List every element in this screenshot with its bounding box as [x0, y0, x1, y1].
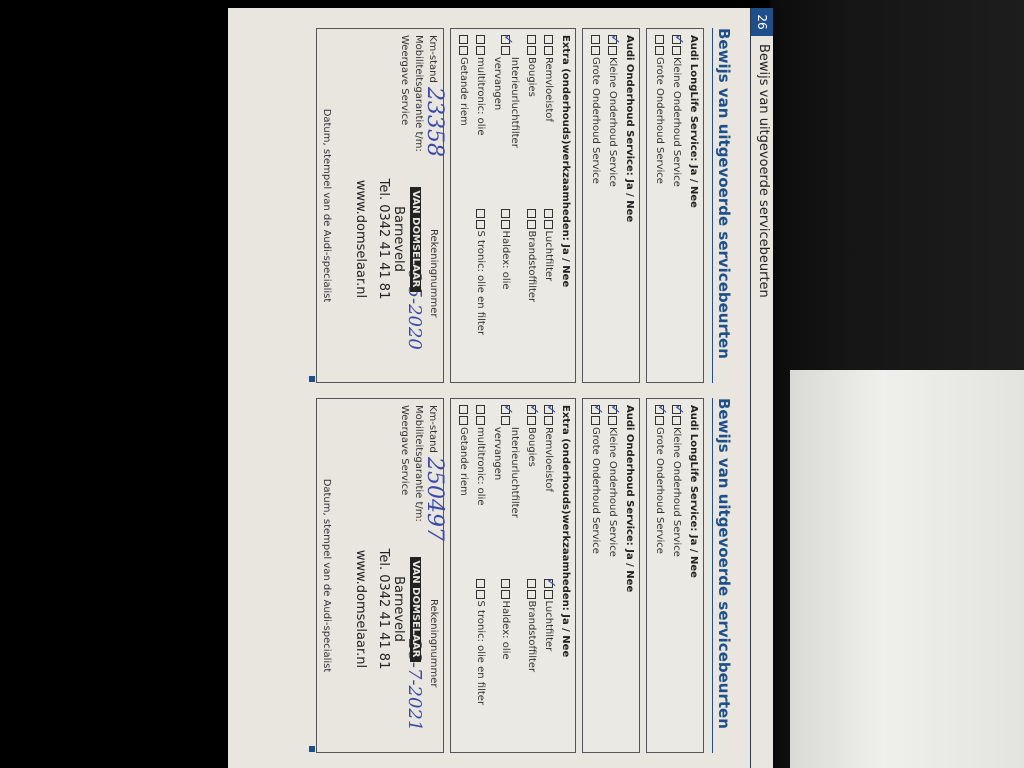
checkbox[interactable]: [459, 46, 468, 55]
card-title: Bewijs van uitgevoerde servicebeurten: [712, 398, 733, 753]
checklist-item: Remvloeistof: [540, 405, 557, 573]
checkbox[interactable]: [672, 405, 681, 414]
checkbox[interactable]: [476, 46, 485, 55]
checklist-item: Bougies: [523, 405, 540, 573]
checkbox[interactable]: [591, 416, 600, 425]
longlife-section: Audi LongLife Service: Ja / Nee Kleine O…: [646, 28, 704, 383]
checkbox[interactable]: [502, 416, 511, 425]
checkbox[interactable]: [527, 220, 536, 229]
checkbox[interactable]: [591, 46, 600, 55]
checklist-item: Grote Onderhoud Service: [651, 35, 668, 376]
km-value-handwritten: 23358: [422, 87, 447, 157]
checklist-item-label: Brandstoffilter: [523, 601, 540, 673]
checklist-item-label: Bougies: [523, 427, 540, 467]
signature-label: Datum, stempel van de Audi-specialist: [321, 399, 332, 752]
dealer-stamp: VAN DOMSELAAR Barneveld Tel. 0342 41 41 …: [353, 529, 421, 689]
checklist-item: Haldex: olie: [489, 209, 523, 377]
checklist-item: Luchtfilter: [540, 209, 557, 377]
section-heading: Extra (onderhouds)werkzaamheden: Ja / Ne…: [560, 35, 571, 376]
checkbox[interactable]: [591, 405, 600, 414]
card-title: Bewijs van uitgevoerde servicebeurten: [712, 28, 733, 383]
checklist-item: Haldex: olie: [489, 579, 523, 747]
service-record-card: Bewijs van uitgevoerde servicebeurten Au…: [253, 28, 733, 383]
section-heading: Audi LongLife Service: Ja / Nee: [688, 35, 699, 376]
checkbox[interactable]: [655, 405, 664, 414]
checklist-item-label: Remvloeistof: [540, 57, 557, 122]
checkbox[interactable]: [655, 35, 664, 44]
background-left: [0, 0, 228, 768]
checkbox[interactable]: [527, 405, 536, 414]
stamp-phone: Tel. 0342 41 41 81: [376, 529, 391, 689]
checkbox[interactable]: [502, 405, 511, 414]
checklist-item: Remvloeistof: [540, 35, 557, 203]
checkbox[interactable]: [655, 46, 664, 55]
checkbox[interactable]: [502, 220, 511, 229]
checkbox[interactable]: [527, 209, 536, 218]
checkbox[interactable]: [476, 209, 485, 218]
checkbox[interactable]: [608, 405, 617, 414]
checklist-item-label: Getande riem: [455, 427, 472, 496]
end-marker-icon: [309, 376, 315, 382]
stamp-city: Barneveld: [391, 529, 406, 689]
checklist-item: Interieurluchtfilter vervangen: [489, 35, 523, 203]
checkbox[interactable]: [608, 35, 617, 44]
checkbox[interactable]: [591, 35, 600, 44]
checkbox[interactable]: [459, 35, 468, 44]
section-heading: Audi Onderhoud Service: Ja / Nee: [624, 35, 635, 376]
checklist-item-label: Luchtfilter: [540, 601, 557, 652]
checkbox[interactable]: [655, 416, 664, 425]
checklist-item: Interieurluchtfilter vervangen: [489, 405, 523, 573]
checklist-item: Luchtfilter: [540, 579, 557, 747]
page-number: 26: [751, 8, 773, 36]
checklist-item-label: Remvloeistof: [540, 427, 557, 492]
checklist-item-label: Grote Onderhoud Service: [587, 57, 604, 184]
checkbox[interactable]: [527, 416, 536, 425]
checklist-item: Brandstoffilter: [523, 209, 540, 377]
checkbox[interactable]: [459, 416, 468, 425]
checklist-item-label: Interieurluchtfilter vervangen: [489, 427, 523, 573]
mileage-stamp-section: Km-stand 250497 Rekeningnummer Mobilitei…: [316, 398, 444, 753]
checklist-item: multitronic: olie: [472, 405, 489, 573]
checkbox[interactable]: [527, 579, 536, 588]
checklist-item-label: Luchtfilter: [540, 231, 557, 282]
checklist-item-label: S tronic: olie en filter: [472, 601, 489, 706]
checkbox[interactable]: [672, 416, 681, 425]
mileage-stamp-section: Km-stand 23358 Rekeningnummer Mobiliteit…: [316, 28, 444, 383]
checklist-item: Grote Onderhoud Service: [587, 35, 604, 376]
checkbox[interactable]: [502, 209, 511, 218]
checklist-item-label: Grote Onderhoud Service: [587, 427, 604, 554]
extra-section: Extra (onderhouds)werkzaamheden: Ja / Ne…: [450, 28, 576, 383]
checkbox[interactable]: [527, 35, 536, 44]
section-heading: Audi LongLife Service: Ja / Nee: [688, 405, 699, 746]
stamp-website: www.domselaar.nl: [353, 529, 368, 689]
checkbox[interactable]: [544, 46, 553, 55]
checkbox[interactable]: [502, 590, 511, 599]
onderhoud-section: Audi Onderhoud Service: Ja / Nee Kleine …: [582, 398, 640, 753]
section-heading: Audi Onderhoud Service: Ja / Nee: [624, 405, 635, 746]
rekeningnummer-label: Rekeningnummer: [428, 599, 439, 687]
checklist-item: Getande riem: [455, 35, 472, 203]
end-marker-icon: [309, 746, 315, 752]
dealer-stamp: VAN DOMSELAAR Barneveld Tel. 0342 41 41 …: [353, 159, 421, 319]
checkbox[interactable]: [544, 220, 553, 229]
checklist-item-label: Interieurluchtfilter vervangen: [489, 57, 523, 203]
checklist-item-label: Haldex: olie: [498, 231, 515, 290]
checklist-item: multitronic: olie: [472, 35, 489, 203]
checklist-item: Kleine Onderhoud Service: [604, 405, 621, 746]
header-divider: [750, 8, 751, 768]
stamp-dealer-name: VAN DOMSELAAR: [410, 187, 421, 292]
checklist-item: Grote Onderhoud Service: [651, 405, 668, 746]
stamp-website: www.domselaar.nl: [353, 159, 368, 319]
checkbox[interactable]: [544, 590, 553, 599]
checkbox[interactable]: [476, 579, 485, 588]
checkbox[interactable]: [544, 579, 553, 588]
checkbox[interactable]: [502, 35, 511, 44]
checklist-item-label: Haldex: olie: [498, 601, 515, 660]
checkbox[interactable]: [502, 579, 511, 588]
checklist-item: Grote Onderhoud Service: [587, 405, 604, 746]
checkbox[interactable]: [476, 405, 485, 414]
running-head: Bewijs van uitgevoerde servicebeurten: [756, 44, 771, 298]
checklist-item-label: Kleine Onderhoud Service: [604, 57, 621, 187]
background-surface: [790, 370, 1024, 768]
checklist-item-label: Bougies: [523, 57, 540, 97]
checklist-item: Bougies: [523, 35, 540, 203]
rekeningnummer-label: Rekeningnummer: [428, 229, 439, 317]
checklist-item-label: Grote Onderhoud Service: [651, 427, 668, 554]
checklist-item-label: Grote Onderhoud Service: [651, 57, 668, 184]
stamp-phone: Tel. 0342 41 41 81: [376, 159, 391, 319]
service-booklet-page: 26 Bewijs van uitgevoerde servicebeurten…: [228, 8, 773, 768]
km-value-handwritten: 250497: [422, 457, 447, 541]
checklist-item: Kleine Onderhoud Service: [604, 35, 621, 376]
checkbox[interactable]: [476, 416, 485, 425]
checkbox[interactable]: [544, 416, 553, 425]
checkbox[interactable]: [608, 416, 617, 425]
checkbox[interactable]: [544, 405, 553, 414]
checklist-item-label: multitronic: olie: [472, 427, 489, 505]
checkbox[interactable]: [527, 590, 536, 599]
checklist-item-label: S tronic: olie en filter: [472, 231, 489, 336]
checklist-item: S tronic: olie en filter: [472, 209, 489, 377]
stamp-city: Barneveld: [391, 159, 406, 319]
stamp-dealer-name: VAN DOMSELAAR: [410, 557, 421, 662]
signature-label: Datum, stempel van de Audi-specialist: [321, 29, 332, 382]
onderhoud-section: Audi Onderhoud Service: Ja / Nee Kleine …: [582, 28, 640, 383]
extra-section: Extra (onderhouds)werkzaamheden: Ja / Ne…: [450, 398, 576, 753]
checklist-item: Kleine Onderhoud Service: [668, 405, 685, 746]
checkbox[interactable]: [502, 46, 511, 55]
service-record-card: Bewijs van uitgevoerde servicebeurten Au…: [253, 398, 733, 753]
checkbox[interactable]: [459, 405, 468, 414]
checklist-item: S tronic: olie en filter: [472, 579, 489, 747]
checklist-item-label: multitronic: olie: [472, 57, 489, 135]
checkbox[interactable]: [608, 46, 617, 55]
checkbox[interactable]: [672, 46, 681, 55]
checklist-item-label: Kleine Onderhoud Service: [668, 57, 685, 187]
checklist-item-label: Kleine Onderhoud Service: [604, 427, 621, 557]
checklist-item: Brandstoffilter: [523, 579, 540, 747]
checkbox[interactable]: [476, 220, 485, 229]
longlife-section: Audi LongLife Service: Ja / Nee Kleine O…: [646, 398, 704, 753]
checklist-item: Kleine Onderhoud Service: [668, 35, 685, 376]
checkbox[interactable]: [476, 590, 485, 599]
section-heading: Extra (onderhouds)werkzaamheden: Ja / Ne…: [560, 405, 571, 746]
checkbox[interactable]: [544, 209, 553, 218]
checklist-item-label: Getande riem: [455, 57, 472, 126]
checklist-item-label: Kleine Onderhoud Service: [668, 427, 685, 557]
checkbox[interactable]: [476, 35, 485, 44]
checkbox[interactable]: [527, 46, 536, 55]
checkbox[interactable]: [672, 35, 681, 44]
checklist-item-label: Brandstoffilter: [523, 231, 540, 303]
checkbox[interactable]: [544, 35, 553, 44]
checklist-item: Getande riem: [455, 405, 472, 573]
